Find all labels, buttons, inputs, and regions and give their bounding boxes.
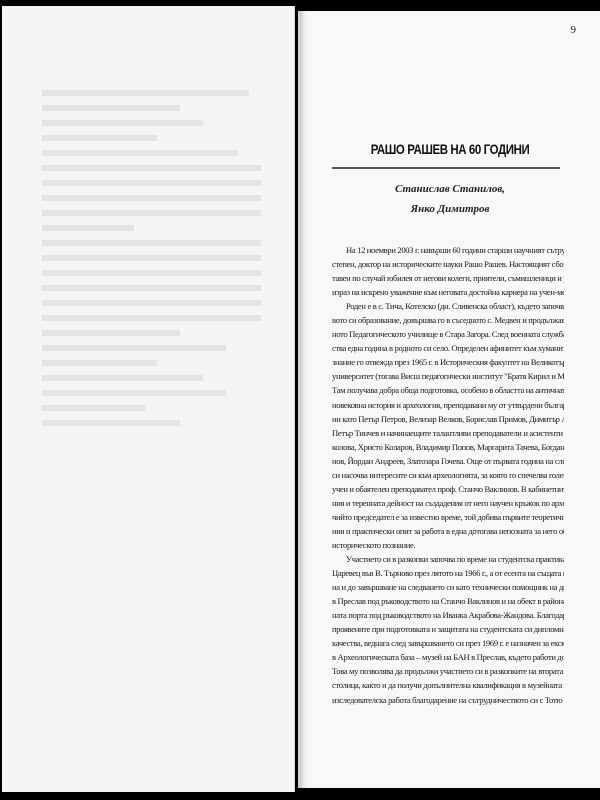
body-text-line: Роден е в с. Тича, Котелско (дн. Сливенс… [332, 299, 564, 313]
body-text-line: ства една година в родното си село. Опре… [332, 341, 564, 355]
page-number: 9 [571, 24, 577, 36]
article-title: РАШО РАШЕВ НА 60 ГОДИНИ [352, 141, 549, 157]
title-rule [332, 167, 560, 169]
body-text-line: новековна история и археология, преподав… [332, 398, 564, 412]
body-text-line: си насочва интересите си към археологият… [332, 468, 564, 482]
body-text-line: израз на искрено уважение към неговата д… [332, 285, 564, 299]
body-text-line: Петър Тинчев и начинаещите талантливи пр… [332, 426, 564, 440]
body-text-line: учен и обаятелен преподавател проф. Стан… [332, 482, 564, 496]
author-2: Янко Димитров [330, 199, 570, 219]
article-body: На 12 ноември 2003 г. навърши 60 години … [332, 243, 564, 707]
right-page: 9 РАШО РАШЕВ НА 60 ГОДИНИ Станислав Стан… [298, 11, 600, 788]
body-text-line: Участието си в разкопки започва по време… [332, 552, 564, 566]
left-page [2, 6, 295, 792]
body-text-line: ния и теренната дейност на създадения от… [332, 496, 564, 510]
body-text-line: На 12 ноември 2003 г. навърши 60 години … [332, 243, 564, 257]
body-text-line: нов, Йордан Андреев, Златозара Гочева. О… [332, 454, 564, 468]
body-text-line: чийто председател е за известно време, т… [332, 510, 564, 524]
body-text-line: вото си образование, довършва го в съсед… [332, 313, 564, 327]
body-text-line: ния и практически опит за работа в една … [332, 524, 564, 538]
body-text-line: ното Педагогическото училище в Стара Заг… [332, 327, 564, 341]
body-text-line: в Преслав под ръководството на Станчо Ва… [332, 594, 564, 608]
body-text-line: на и до завършване на следването си като… [332, 580, 564, 594]
author-1: Станислав Станилов, [330, 179, 570, 199]
body-text-line: колова, Христо Коларов, Владимир Попов, … [332, 440, 564, 454]
body-text-line: степен, доктор на историческите науки Ра… [332, 257, 564, 271]
body-text-line: университет (тогава Висш педагогически и… [332, 369, 564, 383]
body-text-line: изследователска работа благодарение на с… [332, 693, 564, 707]
body-text-line: тавен по случай юбилея от негови колеги,… [332, 271, 564, 285]
body-text-line: проявените при подготовката и защитата н… [332, 622, 564, 636]
body-text-line: ната порта под ръководството на Иванка А… [332, 608, 564, 622]
body-text-line: знание го отвежда през 1965 г. в Историч… [332, 355, 564, 369]
article-authors: Станислав Станилов, Янко Димитров [330, 179, 570, 219]
body-text-line: Там получава добра обща подготовка, особ… [332, 383, 564, 397]
body-text-line: в Археологическата база – музей на БАН в… [332, 650, 564, 664]
body-text-line: историческото познание. [332, 538, 564, 552]
body-text-line: Това му позволява да продължи участието … [332, 664, 564, 678]
body-text-line: ни като Петър Петров, Велизар Велков, Бо… [332, 412, 564, 426]
body-text-line: Царевец във В. Търново през лятото на 19… [332, 566, 564, 580]
body-text-line: столица, както и да получи допълнителна … [332, 678, 564, 692]
body-text-line: качества, веднага след завършването си п… [332, 636, 564, 650]
left-page-show-through [42, 81, 272, 631]
